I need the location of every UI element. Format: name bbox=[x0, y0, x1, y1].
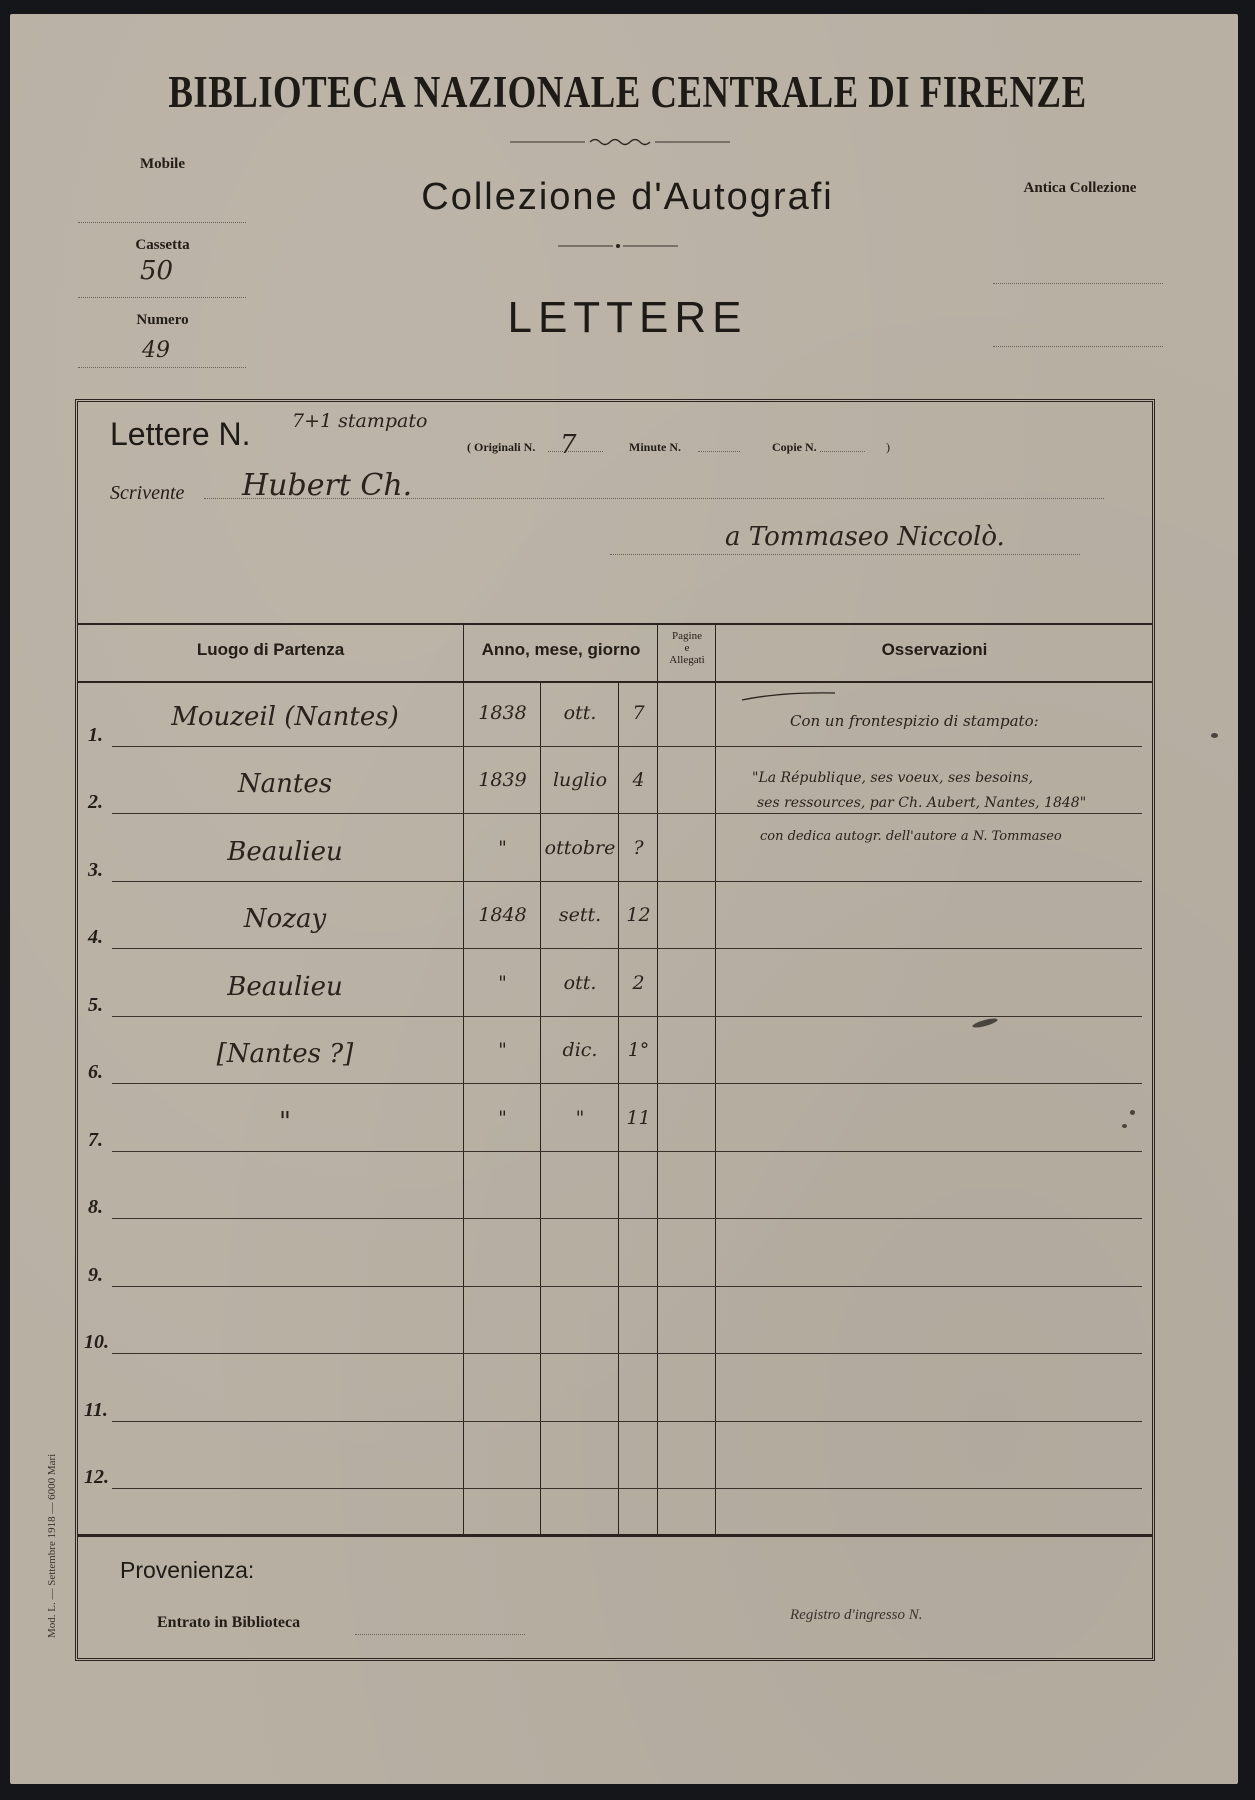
scrivente-label: Scrivente bbox=[110, 482, 184, 505]
numero-field-line bbox=[78, 367, 246, 368]
row-number: 1. bbox=[88, 724, 103, 747]
ink-dot bbox=[1130, 1110, 1135, 1115]
pagine-label-line-1: Pagine bbox=[659, 630, 715, 642]
luogo-cell: Mouzeil (Nantes) bbox=[120, 702, 450, 732]
row-rule bbox=[112, 1083, 1142, 1084]
row-rule bbox=[112, 948, 1142, 949]
osservazioni-line-4: con dedica autogr. dell'autore a N. Tomm… bbox=[760, 829, 1062, 844]
copie-close-paren: ) bbox=[886, 440, 890, 455]
row-rule bbox=[112, 1421, 1142, 1422]
luogo-cell: [Nantes ?] bbox=[120, 1039, 450, 1069]
scrivente-field-line bbox=[204, 498, 1104, 499]
osservazioni-line-1: Con un frontespizio di stampato: bbox=[790, 712, 1039, 730]
mese-cell: sett. bbox=[542, 904, 618, 926]
ink-dot bbox=[1211, 733, 1218, 738]
row-number: 3. bbox=[88, 859, 103, 882]
copie-label: Copie N. bbox=[772, 440, 817, 455]
numero-label: Numero bbox=[80, 312, 245, 329]
cassetta-label: Cassetta bbox=[80, 237, 245, 254]
numero-value: 49 bbox=[142, 338, 202, 363]
luogo-cell: Nantes bbox=[120, 769, 450, 799]
lettere-n-label: Lettere N. bbox=[110, 416, 251, 453]
antica-collezione-label: Antica Collezione bbox=[1000, 180, 1160, 197]
mese-cell: ott. bbox=[542, 702, 618, 724]
row-number: 7. bbox=[88, 1129, 103, 1152]
institution-title: BIBLIOTECA NAZIONALE CENTRALE DI FIRENZE bbox=[50, 64, 1205, 118]
recipient-value: a Tommaseo Niccolò. bbox=[725, 522, 1005, 552]
row-rule bbox=[112, 813, 1142, 814]
mobile-field-line bbox=[78, 222, 246, 223]
registro-label: Registro d'ingresso N. bbox=[790, 1607, 923, 1624]
cassetta-field-line bbox=[78, 297, 246, 298]
anno-cell: 1848 bbox=[465, 904, 540, 926]
giorno-cell: 2 bbox=[620, 972, 657, 994]
column-header-osservazioni: Osservazioni bbox=[717, 640, 1152, 660]
luogo-cell: Beaulieu bbox=[120, 972, 450, 1002]
ink-dot bbox=[1122, 1124, 1127, 1128]
antica-field-line-2 bbox=[993, 346, 1163, 347]
giorno-cell: 1° bbox=[620, 1039, 657, 1061]
luogo-cell: " bbox=[120, 1107, 450, 1137]
originali-field-line bbox=[548, 451, 603, 452]
column-header-data: Anno, mese, giorno bbox=[465, 640, 657, 660]
column-divider bbox=[540, 682, 541, 1535]
mese-cell: luglio bbox=[542, 769, 618, 791]
anno-cell: 1838 bbox=[465, 702, 540, 724]
originali-label: ( Originali N. bbox=[467, 440, 535, 455]
provenienza-label: Provenienza: bbox=[120, 1557, 254, 1584]
row-rule bbox=[112, 1488, 1142, 1489]
row-rule bbox=[112, 881, 1142, 882]
pagine-label-line-3: Allegati bbox=[659, 654, 715, 666]
luogo-cell: Nozay bbox=[120, 904, 450, 934]
anno-cell: " bbox=[465, 1107, 540, 1129]
ornament-divider-icon bbox=[558, 241, 678, 251]
row-rule bbox=[112, 1218, 1142, 1219]
mese-cell: ottobre bbox=[542, 837, 618, 859]
column-header-luogo: Luogo di Partenza bbox=[78, 640, 463, 660]
minute-field-line bbox=[698, 451, 740, 452]
giorno-cell: 12 bbox=[620, 904, 657, 926]
row-number: 6. bbox=[88, 1061, 103, 1084]
row-rule bbox=[112, 1016, 1142, 1017]
osservazioni-line-2: "La République, ses voeux, ses besoins, bbox=[752, 770, 1033, 786]
giorno-cell: ? bbox=[620, 837, 657, 859]
row-number: 8. bbox=[88, 1196, 103, 1219]
giorno-cell: 11 bbox=[620, 1107, 657, 1129]
row-number: 12. bbox=[84, 1466, 109, 1489]
column-header-separator bbox=[77, 681, 1153, 683]
column-divider bbox=[463, 623, 464, 1535]
mese-cell: " bbox=[542, 1107, 618, 1129]
column-header-pagine: Pagine e Allegati bbox=[659, 630, 715, 666]
row-rule bbox=[112, 1151, 1142, 1152]
originali-value: 7 bbox=[560, 430, 577, 460]
form-imprint: Mod. L. — Settembre 1918 — 6000 Mari bbox=[46, 1454, 58, 1638]
anno-cell: " bbox=[465, 837, 540, 859]
mese-cell: dic. bbox=[542, 1039, 618, 1061]
pen-stroke-mark bbox=[740, 690, 840, 702]
luogo-cell: Beaulieu bbox=[120, 837, 450, 867]
column-divider bbox=[715, 623, 716, 1535]
row-number: 2. bbox=[88, 791, 103, 814]
anno-cell: " bbox=[465, 1039, 540, 1061]
osservazioni-line-3: ses ressources, par Ch. Aubert, Nantes, … bbox=[757, 795, 1086, 811]
row-number: 10. bbox=[84, 1331, 109, 1354]
entrato-field-line bbox=[355, 1634, 525, 1635]
minute-label: Minute N. bbox=[629, 440, 681, 455]
giorno-cell: 4 bbox=[620, 769, 657, 791]
giorno-cell: 7 bbox=[620, 702, 657, 724]
antica-field-line-1 bbox=[993, 283, 1163, 284]
cassetta-value: 50 bbox=[140, 256, 200, 286]
row-number: 9. bbox=[88, 1264, 103, 1287]
footer-separator bbox=[77, 1534, 1153, 1537]
row-number: 4. bbox=[88, 926, 103, 949]
copie-field-line bbox=[820, 451, 865, 452]
ornament-divider-icon bbox=[510, 137, 730, 147]
row-rule bbox=[112, 1353, 1142, 1354]
header-box-separator bbox=[77, 623, 1153, 625]
row-number: 5. bbox=[88, 994, 103, 1017]
row-number: 11. bbox=[84, 1399, 108, 1422]
recipient-field-line bbox=[610, 554, 1080, 555]
record-table-frame bbox=[75, 399, 1155, 1661]
lettere-n-value: 7+1 stampato bbox=[292, 410, 427, 432]
mobile-label: Mobile bbox=[80, 156, 245, 173]
anno-cell: " bbox=[465, 972, 540, 994]
mese-cell: ott. bbox=[542, 972, 618, 994]
anno-cell: 1839 bbox=[465, 769, 540, 791]
row-rule bbox=[112, 1286, 1142, 1287]
pagine-label-line-2: e bbox=[659, 642, 715, 654]
column-divider bbox=[618, 682, 619, 1535]
entrato-label: Entrato in Biblioteca bbox=[157, 1614, 300, 1632]
row-rule bbox=[112, 746, 1142, 747]
column-divider bbox=[657, 623, 658, 1535]
